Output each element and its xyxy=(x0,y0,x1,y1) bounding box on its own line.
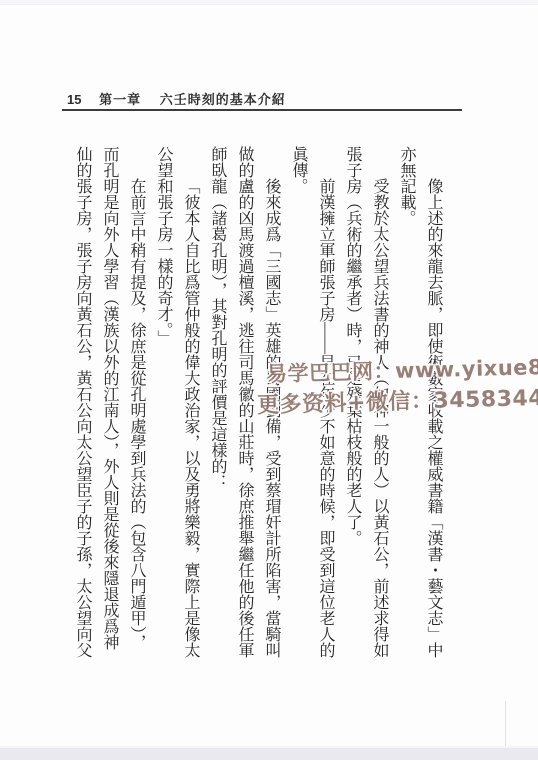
header-rule xyxy=(62,109,462,111)
paragraph: 「彼本人自比爲管仲般的偉大政治家，以及勇將樂毅，實際上是像太公望和張子房一樣的奇… xyxy=(150,146,204,660)
scan-bottom-edge-artifact xyxy=(0,746,538,760)
page-header: 15 第一章 六壬時刻的基本介紹 xyxy=(67,89,286,108)
chapter-title: 六壬時刻的基本介紹 xyxy=(160,92,286,107)
chapter-label: 第一章 xyxy=(99,92,141,107)
page-number: 15 xyxy=(67,92,81,107)
paragraph: 在前言中稍有提及，徐庶是從孔明處學到兵法的（包含八門遁甲），而孔明是向外人學習（… xyxy=(69,146,150,660)
scan-top-edge-artifact xyxy=(0,0,538,5)
